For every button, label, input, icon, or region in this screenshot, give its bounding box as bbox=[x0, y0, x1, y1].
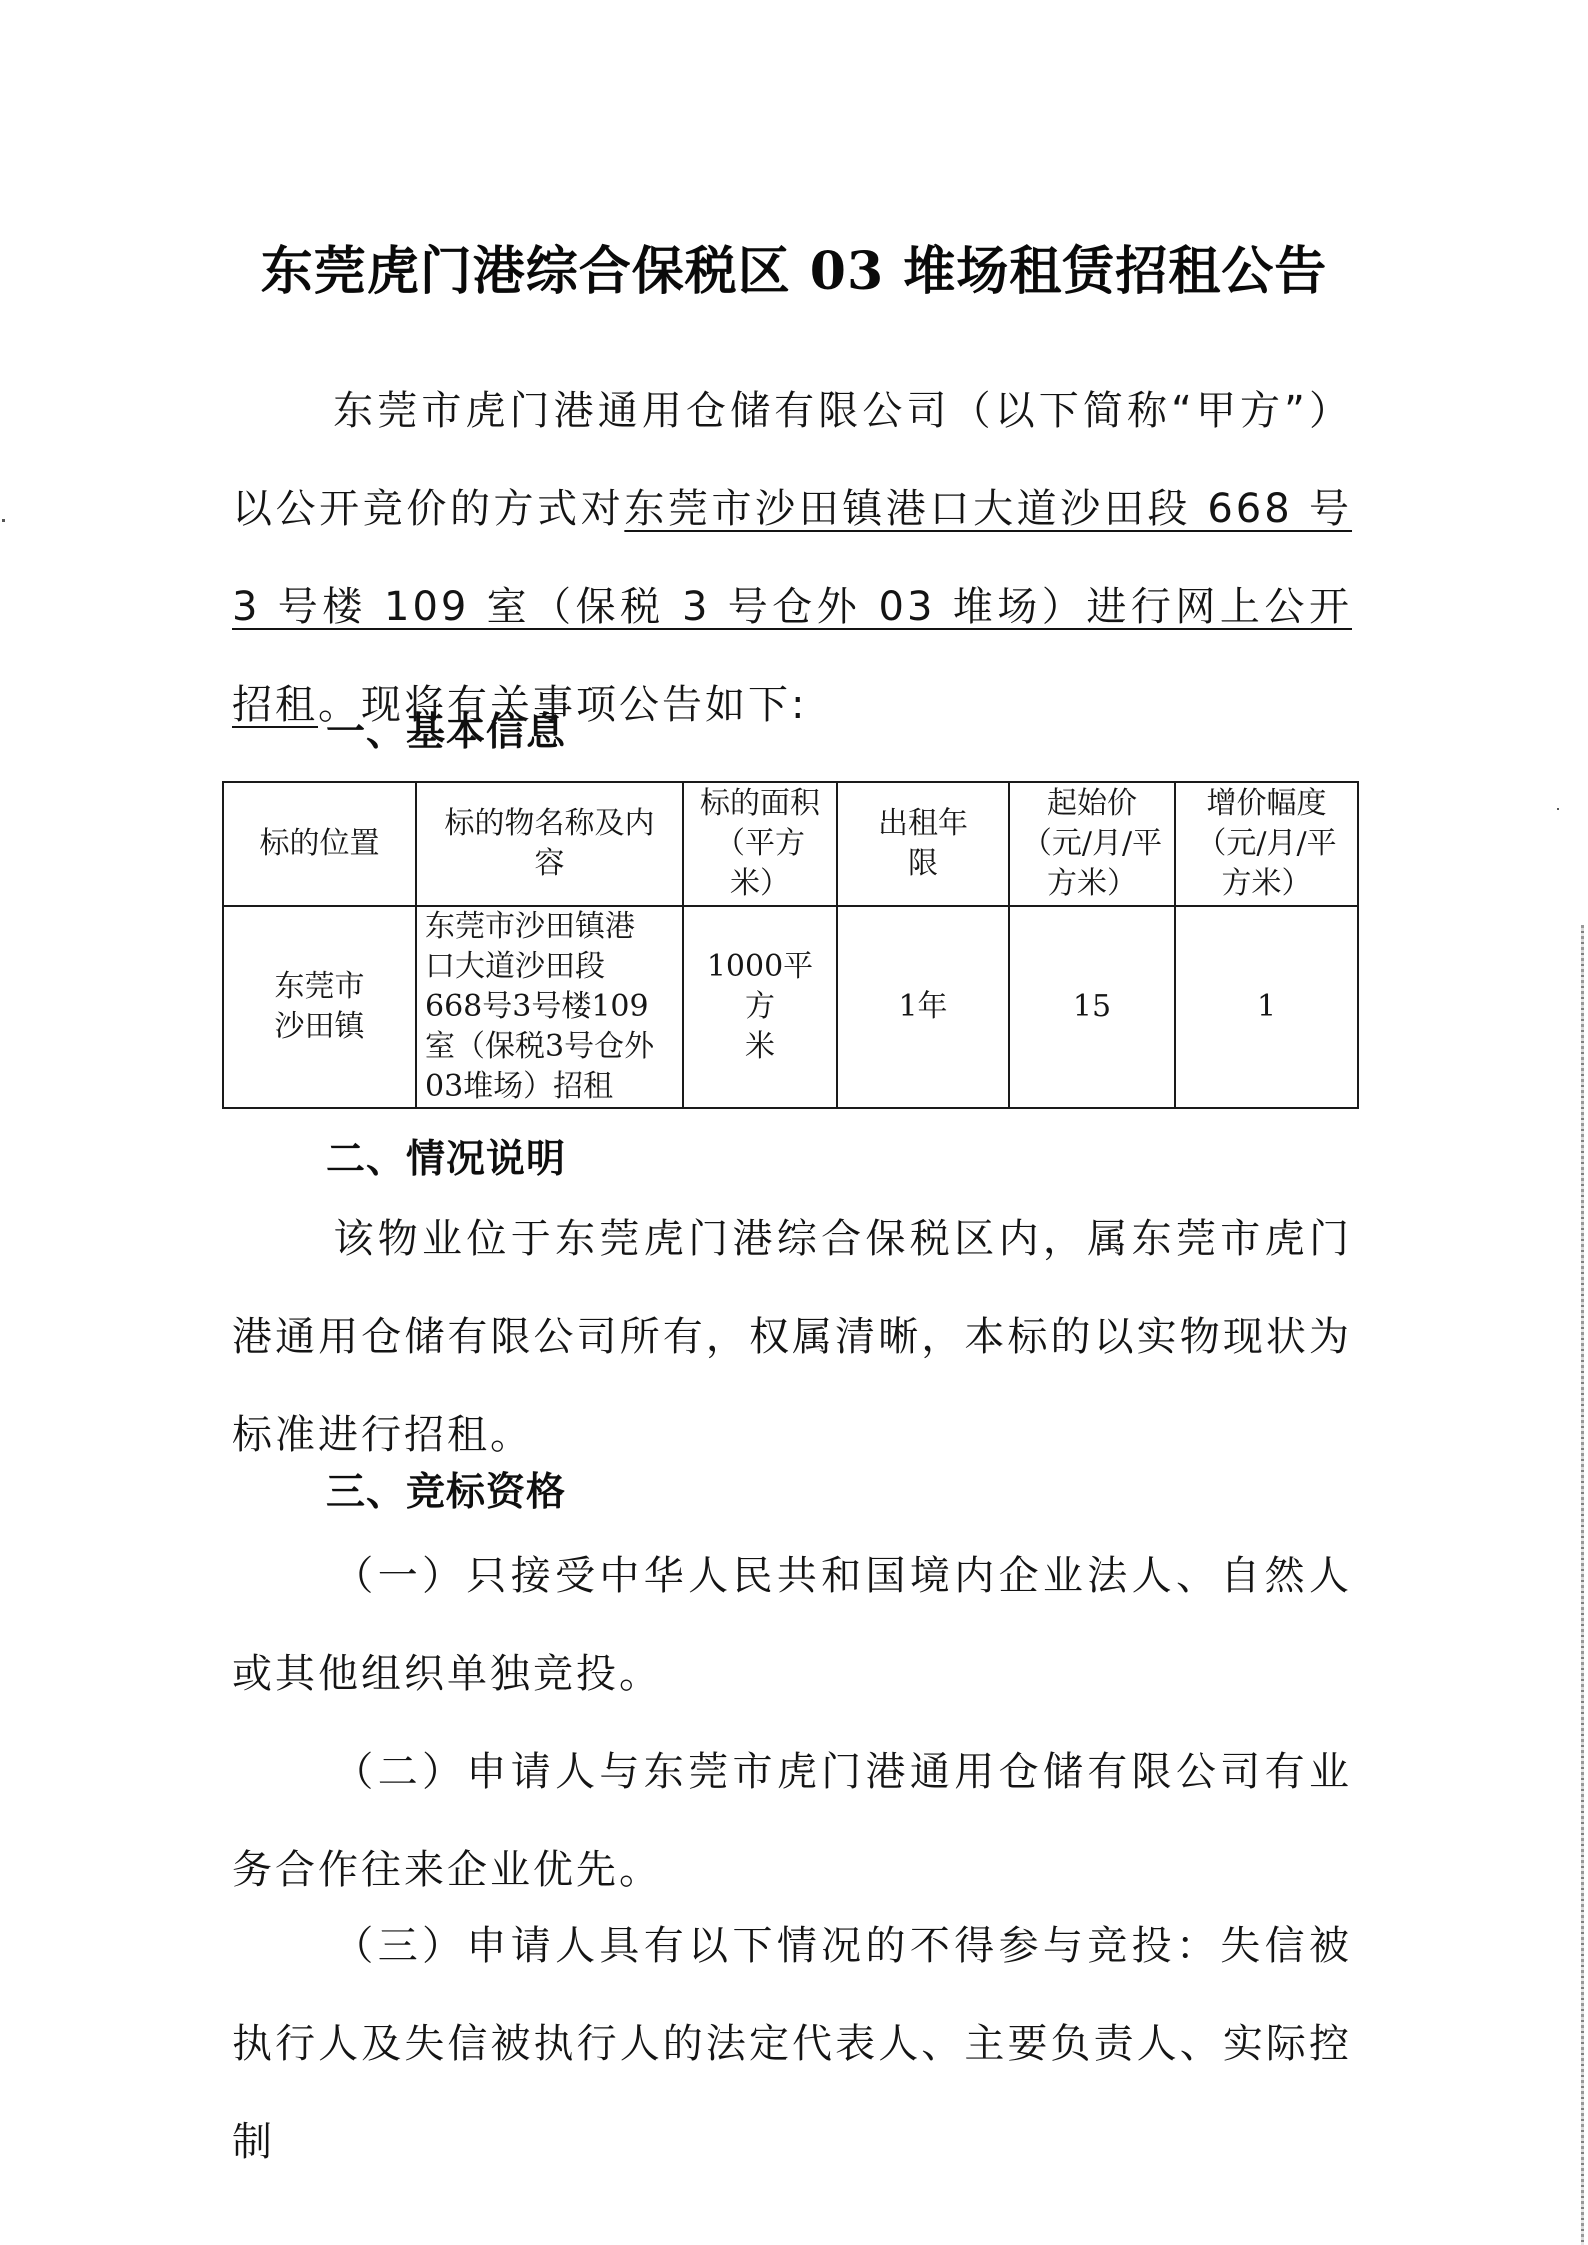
cell-line: 东莞市沙田镇港 bbox=[425, 907, 674, 947]
scan-edge-artifact bbox=[1581, 925, 1584, 2245]
cell-location: 东莞市 沙田镇 bbox=[223, 906, 416, 1108]
table-row: 东莞市 沙田镇 东莞市沙田镇港 口大道沙田段 668号3号楼109 室（保税3号… bbox=[223, 906, 1358, 1108]
cell-line: 沙田镇 bbox=[232, 1007, 407, 1047]
header-line: 限 bbox=[846, 844, 1000, 884]
header-line: （元/月/平 bbox=[1018, 824, 1166, 864]
header-line: 米） bbox=[692, 864, 828, 904]
header-line: 标的位置 bbox=[232, 824, 407, 864]
cell-line: 668号3号楼109 bbox=[425, 987, 674, 1027]
intro-paragraph: 东莞市虎门港通用仓储有限公司（以下简称“甲方”）以公开竞价的方式对东莞市沙田镇港… bbox=[232, 362, 1352, 754]
header-line: 方米） bbox=[1184, 864, 1349, 904]
cell-name: 东莞市沙田镇港 口大道沙田段 668号3号楼109 室（保税3号仓外 03堆场）… bbox=[416, 906, 683, 1108]
scan-speck bbox=[2, 519, 5, 522]
header-line: 出租年 bbox=[846, 804, 1000, 844]
header-line: （元/月/平 bbox=[1184, 824, 1349, 864]
scan-speck bbox=[1557, 808, 1559, 810]
cell-line: 03堆场）招租 bbox=[425, 1067, 674, 1107]
section-heading-description: 二、情况说明 bbox=[326, 1130, 566, 1190]
cell-line: 东莞市 bbox=[232, 967, 407, 1007]
header-increment: 增价幅度 （元/月/平 方米） bbox=[1175, 782, 1358, 906]
header-name: 标的物名称及内 容 bbox=[416, 782, 683, 906]
cell-line: 1000平方 bbox=[692, 947, 828, 1027]
header-location: 标的位置 bbox=[223, 782, 416, 906]
header-line: 增价幅度 bbox=[1184, 784, 1349, 824]
cell-area: 1000平方 米 bbox=[683, 906, 837, 1108]
description-paragraph: 该物业位于东莞虎门港综合保税区内，属东莞市虎门港通用仓储有限公司所有，权属清晰，… bbox=[232, 1190, 1352, 1484]
document-page: 东莞虎门港综合保税区 03 堆场租赁招租公告 东莞市虎门港通用仓储有限公司（以下… bbox=[0, 0, 1588, 2245]
cell-increment: 1 bbox=[1175, 906, 1358, 1108]
qualification-text: （三）申请人具有以下情况的不得参与竞投：失信被执行人及失信被执行人的法定代表人、… bbox=[232, 1923, 1352, 2165]
header-line: 标的物名称及内 bbox=[425, 804, 674, 844]
cell-term: 1年 bbox=[837, 906, 1009, 1108]
cell-line: 米 bbox=[692, 1027, 828, 1067]
header-area: 标的面积 （平方 米） bbox=[683, 782, 837, 906]
cell-line: 室（保税3号仓外 bbox=[425, 1027, 674, 1067]
header-line: 方米） bbox=[1018, 864, 1166, 904]
section-heading-basic-info: 一、基本信息 bbox=[326, 703, 566, 763]
basic-info-table: 标的位置 标的物名称及内 容 标的面积 （平方 米） 出租年 限 起始价 （元/… bbox=[222, 781, 1359, 1109]
description-text: 该物业位于东莞虎门港综合保税区内，属东莞市虎门港通用仓储有限公司所有，权属清晰，… bbox=[232, 1216, 1352, 1458]
qualification-text: （二）申请人与东莞市虎门港通用仓储有限公司有业务合作往来企业优先。 bbox=[232, 1749, 1352, 1893]
cell-line: 口大道沙田段 bbox=[425, 947, 674, 987]
qualification-item-3: （三）申请人具有以下情况的不得参与竞投：失信被执行人及失信被执行人的法定代表人、… bbox=[232, 1897, 1352, 2191]
header-term: 出租年 限 bbox=[837, 782, 1009, 906]
qualification-item-2: （二）申请人与东莞市虎门港通用仓储有限公司有业务合作往来企业优先。 bbox=[232, 1723, 1352, 1919]
cell-start-price: 15 bbox=[1009, 906, 1175, 1108]
header-line: 起始价 bbox=[1018, 784, 1166, 824]
header-line: （平方 bbox=[692, 824, 828, 864]
section-heading-qualification: 三、竞标资格 bbox=[326, 1463, 566, 1523]
header-line: 容 bbox=[425, 844, 674, 884]
qualification-item-1: （一）只接受中华人民共和国境内企业法人、自然人或其他组织单独竞投。 bbox=[232, 1527, 1352, 1723]
document-title: 东莞虎门港综合保税区 03 堆场租赁招租公告 bbox=[0, 232, 1588, 312]
header-start-price: 起始价 （元/月/平 方米） bbox=[1009, 782, 1175, 906]
header-line: 标的面积 bbox=[692, 784, 828, 824]
qualification-text: （一）只接受中华人民共和国境内企业法人、自然人或其他组织单独竞投。 bbox=[232, 1553, 1352, 1697]
table-header-row: 标的位置 标的物名称及内 容 标的面积 （平方 米） 出租年 限 起始价 （元/… bbox=[223, 782, 1358, 906]
